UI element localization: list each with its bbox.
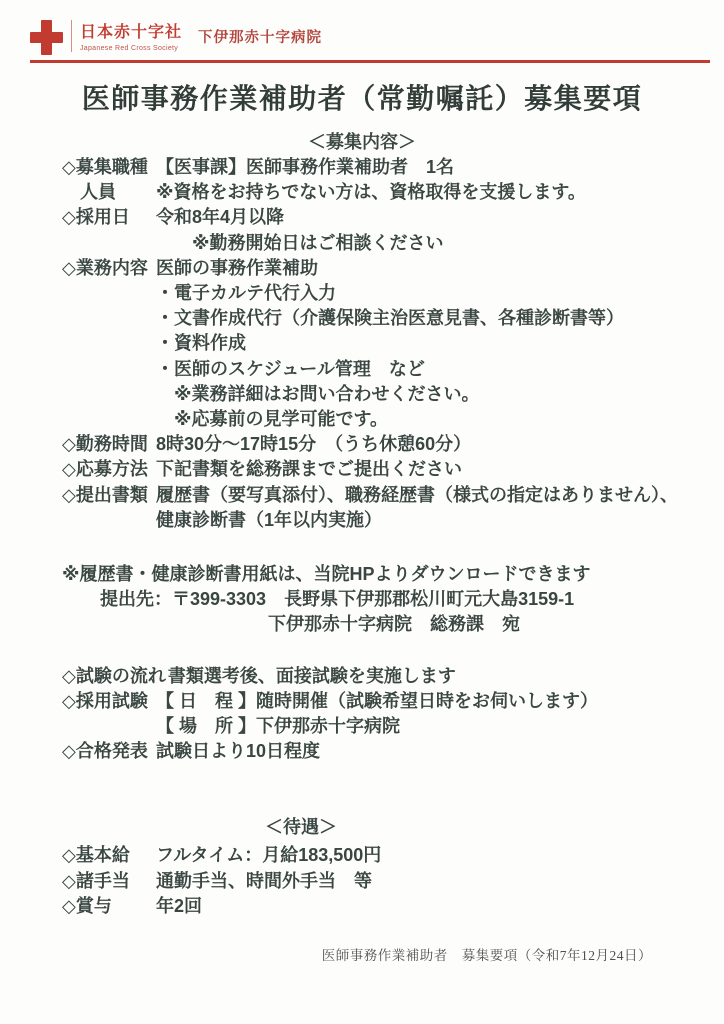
row-value: ※資格をお持ちでない方は、資格取得を支援します。: [156, 180, 586, 205]
row-value: 下記書類を総務課までご提出ください: [156, 457, 462, 482]
row-label: ◇提出書類: [62, 483, 154, 508]
row-label: ◇応募方法: [62, 457, 154, 482]
row-value: ・資料作成: [156, 331, 246, 356]
row-label: [62, 331, 154, 356]
header-rule: [30, 60, 710, 63]
table-row: ◇基本給フルタイム：月給183,500円: [62, 843, 704, 868]
row-value: ・医師のスケジュール管理 など: [156, 357, 425, 382]
table-row: ◇提出書類履歴書（要写真添付）、職務経歴書（様式の指定はありません）、: [62, 483, 704, 508]
row-label: ◇募集職種: [62, 155, 154, 180]
row-label: [62, 382, 154, 407]
table-row: 【 場 所 】下伊那赤十字病院: [62, 714, 704, 739]
row-label: ◇勤務時間: [62, 432, 154, 457]
row-label: [62, 281, 154, 306]
table-row: ※業務詳細はお問い合わせください。: [62, 382, 704, 407]
section-heading-recruitment: ＜募集内容＞: [0, 130, 724, 155]
table-row: ※勤務開始日はご相談ください: [62, 231, 704, 256]
row-label: [62, 357, 154, 382]
table-row: ※応募前の見学可能です。: [62, 407, 704, 432]
row-value: 書類選考後、面接試験を実施します: [168, 664, 456, 689]
org-name: 日本赤十字社: [80, 23, 182, 43]
table-row: ◇試験の流れ書類選考後、面接試験を実施します: [62, 664, 704, 689]
table-row: 健康診断書（1年以内実施）: [62, 508, 704, 533]
letterhead: 日本赤十字社 Japanese Red Cross Society 下伊那赤十字…: [0, 0, 724, 63]
page-title: 医師事務作業補助者（常勤嘱託）募集要項: [0, 79, 724, 119]
table-row: ◇業務内容医師の事務作業補助: [62, 256, 704, 281]
row-value: 健康診断書（1年以内実施）: [156, 508, 382, 533]
table-row: ・資料作成: [62, 331, 704, 356]
row-label: [62, 231, 154, 256]
row-value: ※勤務開始日はご相談ください: [156, 231, 444, 256]
row-label: [62, 306, 154, 331]
table-row: ◇応募方法下記書類を総務課までご提出ください: [62, 457, 704, 482]
footer-note: 医師事務作業補助者 募集要項（令和7年12月24日）: [0, 944, 724, 964]
row-label: ◇賞与: [62, 894, 154, 919]
row-value: 【 日 程 】随時開催（試験希望日時をお伺いします）: [156, 689, 598, 714]
table-row: ◇採用日令和8年4月以降: [62, 205, 704, 230]
benefits-section: ◇基本給フルタイム：月給183,500円 ◇諸手当通勤手当、時間外手当 等 ◇賞…: [0, 843, 724, 919]
table-row: ・電子カルテ代行入力: [62, 281, 704, 306]
table-row: 人員※資格をお持ちでない方は、資格取得を支援します。: [62, 180, 704, 205]
submission-notes: ※履歴書・健康診断書用紙は、当院HPよりダウンロードできます 提出先：〒399-…: [0, 562, 724, 638]
row-value: 【医事課】医師事務作業補助者 1名: [156, 155, 454, 180]
org-name-en: Japanese Red Cross Society: [80, 45, 182, 52]
row-label: [62, 714, 154, 739]
row-value: 医師の事務作業補助: [156, 256, 318, 281]
row-label: [62, 407, 154, 432]
row-label: ◇諸手当: [62, 869, 154, 894]
row-label: 人員: [62, 180, 154, 205]
note-addressee: 下伊那赤十字病院 総務課 宛: [268, 612, 704, 637]
table-row: ◇募集職種【医事課】医師事務作業補助者 1名: [62, 155, 704, 180]
table-row: ◇諸手当通勤手当、時間外手当 等: [62, 869, 704, 894]
row-value: 年2回: [156, 894, 202, 919]
row-value: 令和8年4月以降: [156, 205, 284, 230]
table-row: ◇合格発表試験日より10日程度: [62, 739, 704, 764]
row-value: ※応募前の見学可能です。: [156, 407, 388, 432]
row-value: フルタイム：月給183,500円: [156, 843, 381, 868]
note-address: 提出先：〒399-3303 長野県下伊那郡松川町元大島3159-1: [100, 587, 704, 612]
table-row: ◇勤務時間8時30分～17時15分 （うち休憩60分）: [62, 432, 704, 457]
table-row: ◇賞与年2回: [62, 894, 704, 919]
table-row: ・文書作成代行（介護保険主治医意見書、各種診断書等）: [62, 306, 704, 331]
row-value: 8時30分～17時15分 （うち休憩60分）: [156, 432, 471, 457]
table-row: ◇採用試験【 日 程 】随時開催（試験希望日時をお伺いします）: [62, 689, 704, 714]
hospital-name: 下伊那赤十字病院: [198, 26, 322, 47]
note-download: ※履歴書・健康診断書用紙は、当院HPよりダウンロードできます: [62, 562, 704, 587]
recruitment-section: ◇募集職種【医事課】医師事務作業補助者 1名 人員※資格をお持ちでない方は、資格…: [0, 155, 724, 533]
red-cross-icon: [30, 20, 63, 55]
logo-row: 日本赤十字社 Japanese Red Cross Society 下伊那赤十字…: [30, 20, 710, 55]
org-block: 日本赤十字社 Japanese Red Cross Society: [71, 20, 182, 52]
document-page: 日本赤十字社 Japanese Red Cross Society 下伊那赤十字…: [0, 0, 724, 1024]
section-heading-benefits: ＜待遇＞: [0, 815, 724, 840]
row-label: ◇試験の流れ: [62, 664, 166, 689]
row-value: ※業務詳細はお問い合わせください。: [156, 382, 480, 407]
row-label: ◇採用試験: [62, 689, 154, 714]
row-value: ・文書作成代行（介護保険主治医意見書、各種診断書等）: [156, 306, 624, 331]
table-row: ・医師のスケジュール管理 など: [62, 357, 704, 382]
row-label: [62, 508, 154, 533]
row-value: 【 場 所 】下伊那赤十字病院: [156, 714, 400, 739]
row-value: 履歴書（要写真添付）、職務経歴書（様式の指定はありません）、: [156, 483, 678, 508]
row-label: ◇基本給: [62, 843, 154, 868]
row-value: 試験日より10日程度: [156, 739, 320, 764]
row-value: 通勤手当、時間外手当 等: [156, 869, 372, 894]
exam-section: ◇試験の流れ書類選考後、面接試験を実施します ◇採用試験【 日 程 】随時開催（…: [0, 664, 724, 765]
row-value: ・電子カルテ代行入力: [156, 281, 336, 306]
row-label: ◇採用日: [62, 205, 154, 230]
row-label: ◇業務内容: [62, 256, 154, 281]
row-label: ◇合格発表: [62, 739, 154, 764]
